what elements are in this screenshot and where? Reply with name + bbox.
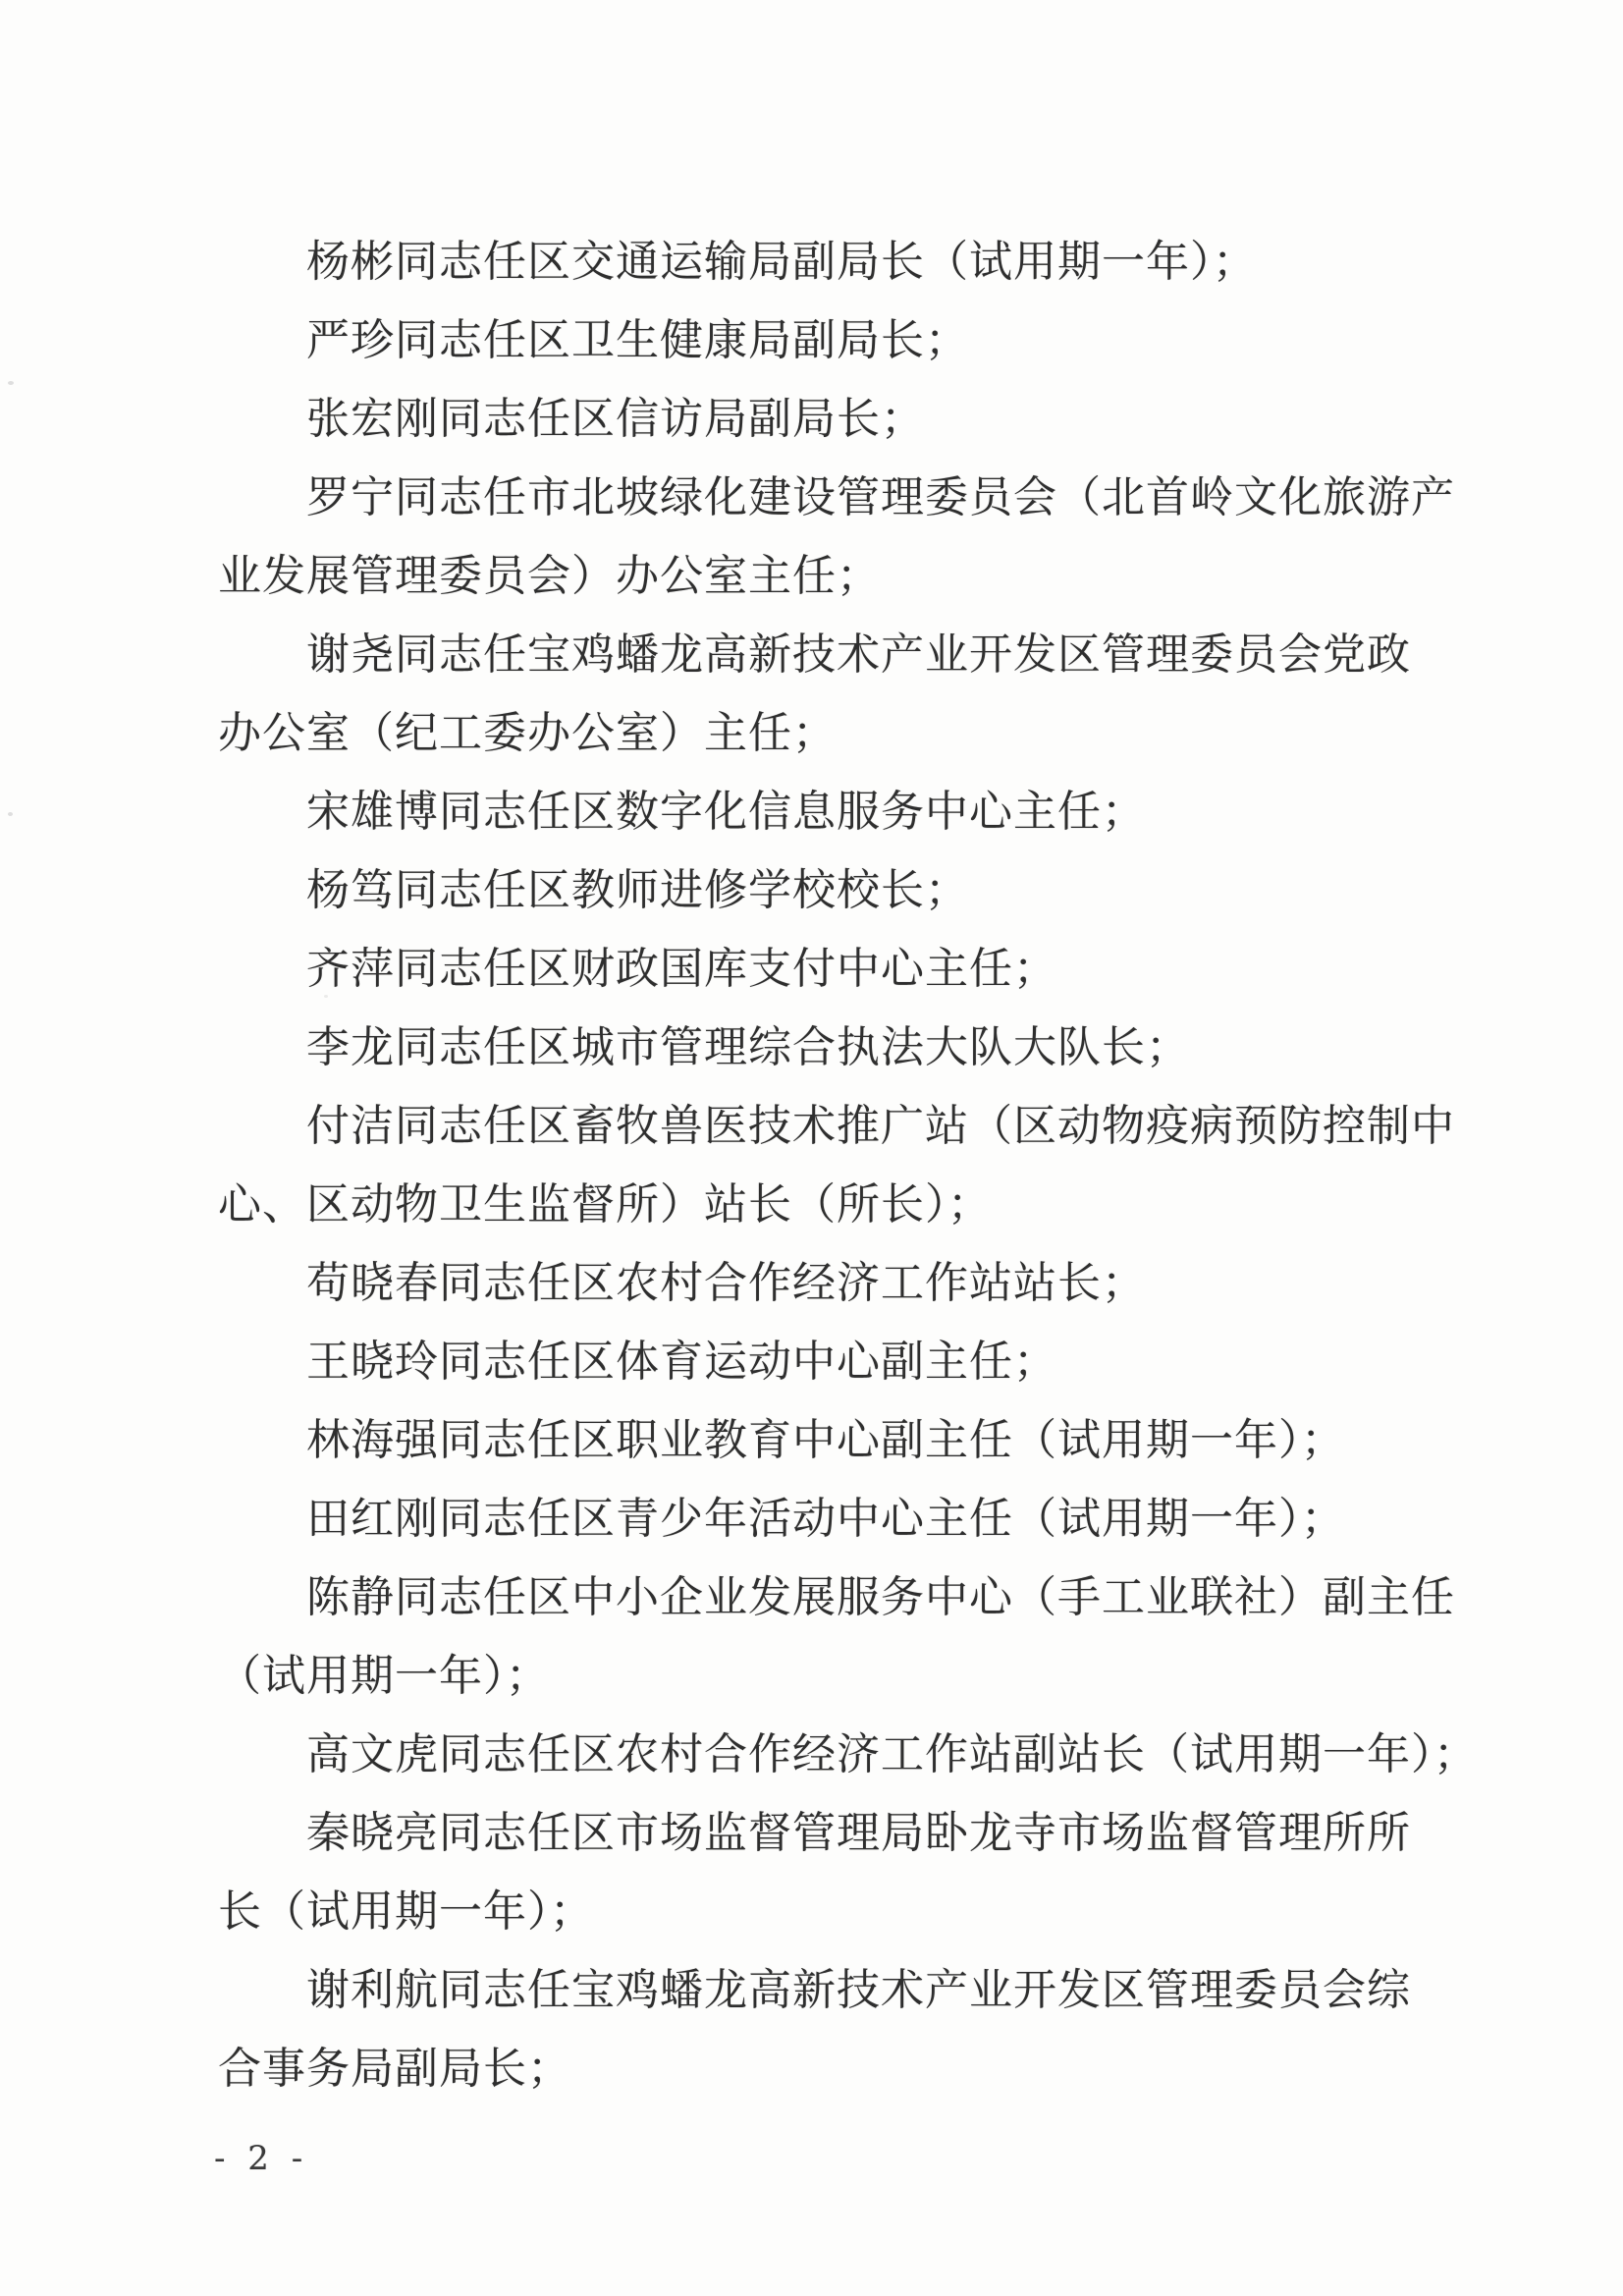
appointment-line: 田红刚同志任区青少年活动中心主任（试用期一年）； [218, 1480, 1475, 1558]
scan-speck [324, 995, 328, 998]
appointment-line-continuation: 办公室（纪工委办公室）主任； [218, 694, 1475, 773]
appointment-line: 谢利航同志任宝鸡蟠龙高新技术产业开发区管理委员会综 [218, 1951, 1475, 2030]
appointment-line-continuation: 合事务局副局长； [218, 2030, 1475, 2108]
appointment-line: 林海强同志任区职业教育中心副主任（试用期一年）； [218, 1401, 1475, 1480]
appointment-line: 付洁同志任区畜牧兽医技术推广站（区动物疫病预防控制中 [218, 1087, 1475, 1166]
scanned-document-page: 杨彬同志任区交通运输局副局长（试用期一年）； 严珍同志任区卫生健康局副局长； 张… [0, 0, 1623, 2296]
appointment-line: 杨笃同志任区教师进修学校校长； [218, 851, 1475, 930]
appointment-line: 谢尧同志任宝鸡蟠龙高新技术产业开发区管理委员会党政 [218, 616, 1475, 694]
page-number: - 2 - [214, 2139, 308, 2178]
appointment-line-continuation: 长（试用期一年）； [218, 1873, 1475, 1951]
appointment-line: 李龙同志任区城市管理综合执法大队大队长； [218, 1009, 1475, 1087]
appointment-line: 张宏刚同志任区信访局副局长； [218, 380, 1475, 459]
appointment-line: 陈静同志任区中小企业发展服务中心（手工业联社）副主任 [218, 1558, 1475, 1637]
appointment-line: 罗宁同志任市北坡绿化建设管理委员会（北首岭文化旅游产 [218, 459, 1475, 537]
appointment-line: 王晓玲同志任区体育运动中心副主任； [218, 1323, 1475, 1401]
scan-speck [8, 381, 14, 385]
appointment-line-continuation: （试用期一年）； [218, 1637, 1475, 1716]
document-body: 杨彬同志任区交通运输局副局长（试用期一年）； 严珍同志任区卫生健康局副局长； 张… [218, 223, 1475, 2108]
appointment-line: 杨彬同志任区交通运输局副局长（试用期一年）； [218, 223, 1475, 301]
appointment-line: 苟晓春同志任区农村合作经济工作站站长； [218, 1244, 1475, 1323]
appointment-line-continuation: 心、区动物卫生监督所）站长（所长）； [218, 1166, 1475, 1244]
appointment-line: 齐萍同志任区财政国库支付中心主任； [218, 930, 1475, 1009]
scan-speck [8, 812, 13, 816]
appointment-line: 高文虎同志任区农村合作经济工作站副站长（试用期一年）； [218, 1716, 1475, 1794]
appointment-line-continuation: 业发展管理委员会）办公室主任； [218, 537, 1475, 616]
appointment-line: 严珍同志任区卫生健康局副局长； [218, 301, 1475, 380]
appointment-line: 秦晓亮同志任区市场监督管理局卧龙寺市场监督管理所所 [218, 1794, 1475, 1873]
appointment-line: 宋雄博同志任区数字化信息服务中心主任； [218, 773, 1475, 851]
